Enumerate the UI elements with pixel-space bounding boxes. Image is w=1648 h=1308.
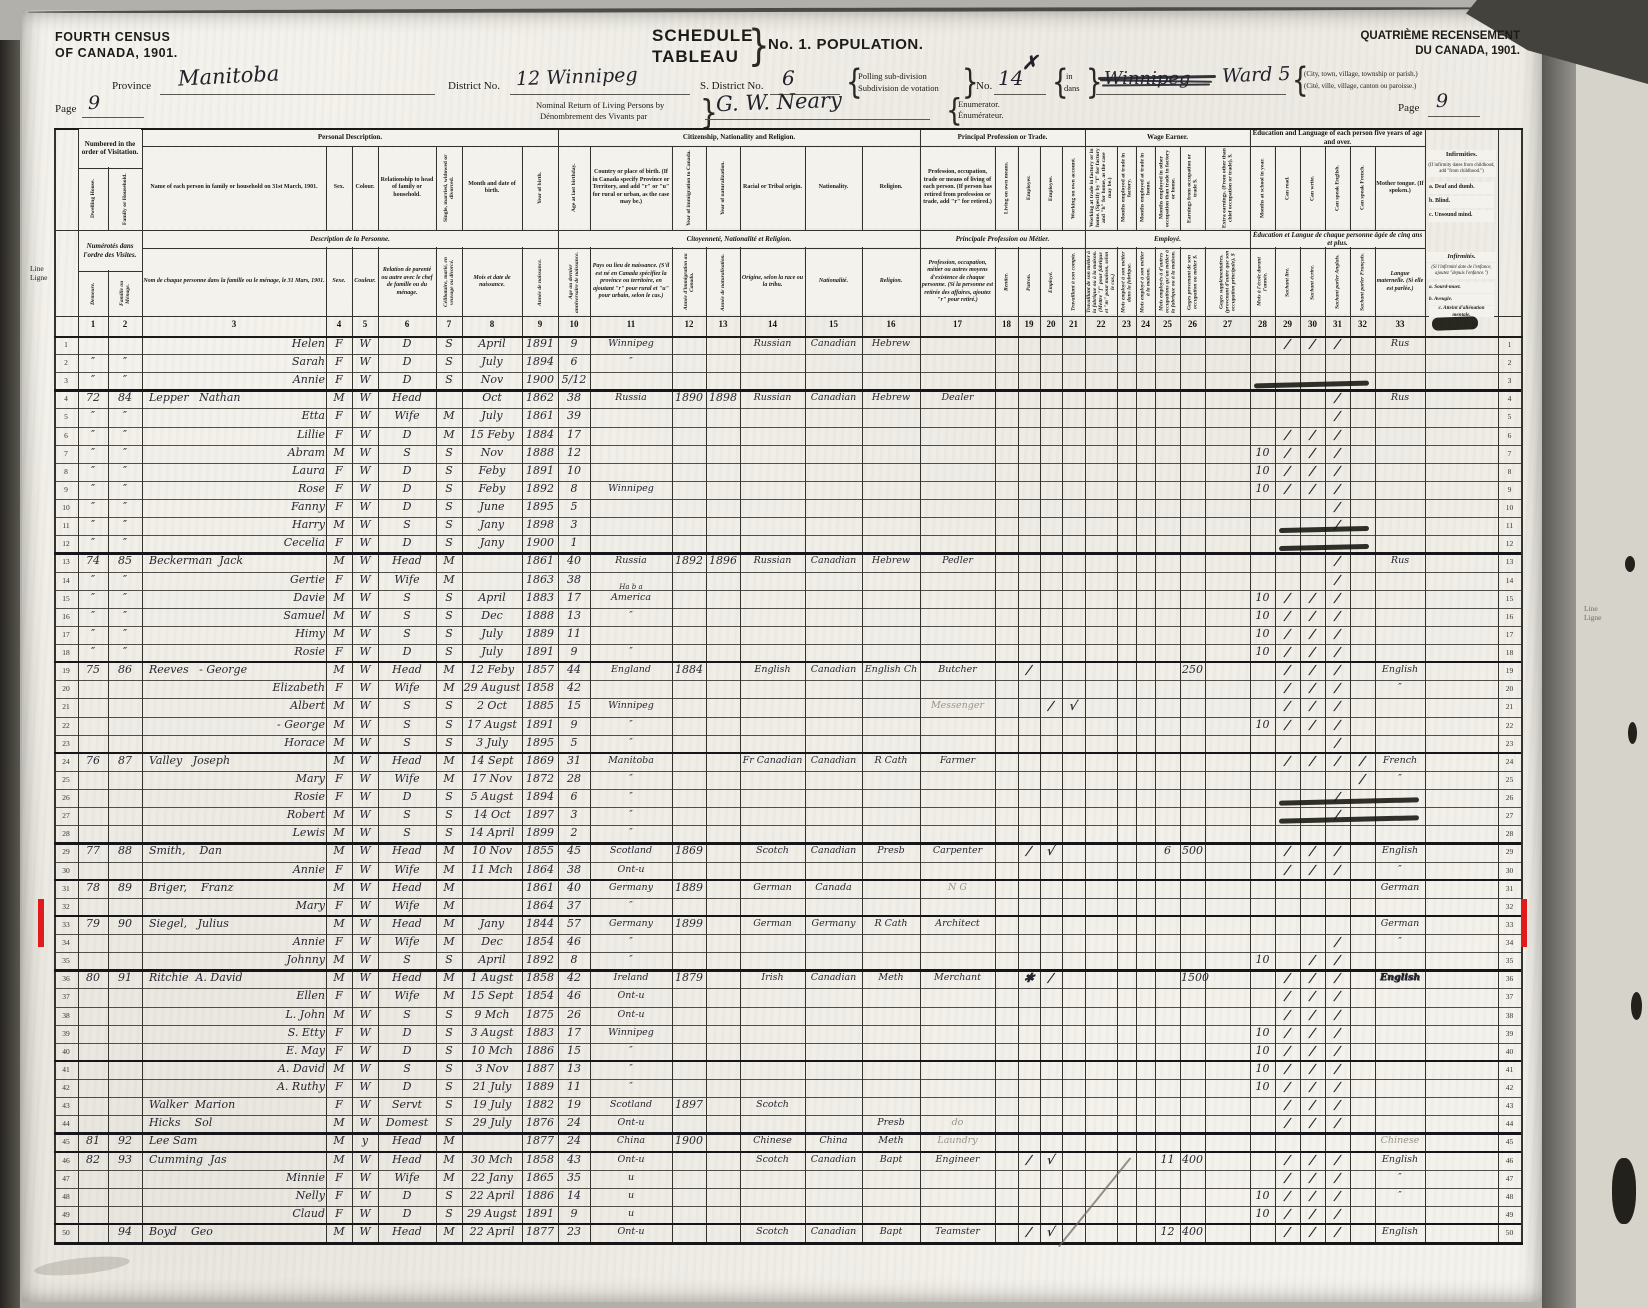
cell-r15-c1: ″ — [79, 589, 107, 607]
cell-r37-c11: Ont-u — [591, 987, 671, 1005]
cell-r48-c7: S — [437, 1187, 461, 1205]
col-header-15-fr: Nationalité. — [806, 250, 861, 314]
cell-r23-c8: 3 July — [463, 734, 521, 752]
group-wage-en: Wage Earner. — [1086, 130, 1249, 145]
group-wage-fr: Employé. — [1086, 231, 1249, 247]
cell-r37-c30: / — [1299, 987, 1326, 1005]
cell-r33-c1: 79 — [79, 915, 107, 933]
cell-r46-c5: W — [353, 1151, 377, 1169]
cell-r36-c4: M — [327, 969, 351, 987]
cell-r49-c28: 10 — [1251, 1205, 1274, 1223]
line-number-left: 3 — [54, 376, 78, 385]
group-numbered-en: Numbered in the order of Visitation. — [79, 129, 141, 167]
cell-r18-c6: D — [379, 643, 435, 661]
cell-r1-c10: 9 — [559, 335, 589, 353]
cell-r28-c3: Lewis — [143, 824, 339, 842]
cell-r33-c33: German — [1376, 915, 1424, 933]
cell-r17-c28: 10 — [1251, 625, 1274, 643]
line-number-right: 4 — [1498, 394, 1521, 403]
cell-r49-c4: F — [327, 1205, 351, 1223]
cell-r12-c9: 1900 — [523, 534, 557, 552]
cell-r26-c11: ″ — [591, 788, 671, 806]
cell-r2-c6: D — [379, 353, 435, 371]
col-header-31-fr: Sachant parler Anglais. — [1326, 250, 1349, 314]
cell-r49-c9: 1891 — [523, 1205, 557, 1223]
cell-r39-c28: 10 — [1251, 1024, 1274, 1042]
cell-r7-c1: ″ — [79, 444, 107, 462]
cell-r9-c11: Winnipeg — [591, 480, 671, 498]
cell-r30-c3: Annie — [143, 861, 339, 879]
cell-r45-c2: 92 — [109, 1132, 141, 1150]
cell-r16-c3: Samuel — [143, 607, 339, 625]
polling-label-en: Polling sub-division — [858, 72, 927, 81]
cell-r25-c33: ″ — [1376, 770, 1424, 788]
cell-r4-c31: / — [1324, 389, 1351, 407]
cell-r22-c5: W — [353, 716, 377, 734]
place-note-brace: { — [1292, 62, 1309, 101]
in-label-fr: dans — [1064, 84, 1080, 93]
cell-r9-c4: F — [327, 480, 351, 498]
col-header-22-en: Working at trade in factory or in home. … — [1086, 148, 1116, 228]
cell-r49-c3: Claud — [143, 1205, 339, 1223]
cell-r23-c4: M — [327, 734, 351, 752]
cell-r50-c6: Head — [379, 1223, 435, 1241]
cell-r19-c16: English Ch — [863, 661, 919, 679]
in-label-en: in — [1066, 72, 1073, 81]
cell-r41-c8: 3 Nov — [463, 1060, 521, 1078]
cell-r17-c5: W — [353, 625, 377, 643]
line-number-left: 44 — [54, 1119, 78, 1128]
cell-r41-c11: ″ — [591, 1060, 671, 1078]
cell-r42-c11: ″ — [591, 1078, 671, 1096]
line-number-left: 25 — [54, 775, 78, 784]
group-numbered-fr: Numérotés dans l'ordre des Visites. — [79, 231, 141, 270]
cell-r8-c7: S — [437, 462, 461, 480]
cell-r8-c30: / — [1299, 462, 1326, 480]
cell-r27-c11: ″ — [591, 806, 671, 824]
cell-r29-c17: Carpenter — [921, 842, 994, 860]
col-header-15-en: Nationality. — [806, 148, 861, 228]
cell-r48-c11: u — [591, 1187, 671, 1205]
line-number-right: 11 — [1498, 521, 1521, 530]
cell-r25-c32: / — [1349, 770, 1376, 788]
cell-r8-c6: D — [379, 462, 435, 480]
cell-r22-c11: ″ — [591, 716, 671, 734]
cell-r21-c8: 2 Oct — [463, 697, 521, 715]
line-number-right: 42 — [1498, 1083, 1521, 1092]
cell-r3-c4: F — [327, 371, 351, 389]
col-header-33-fr: Langue maternelle. (Si elle est parlée.) — [1376, 250, 1424, 314]
cell-r48-c3: Nelly — [143, 1187, 339, 1205]
line-number-left: 16 — [54, 612, 78, 621]
cell-r29-c5: W — [353, 842, 377, 860]
cell-r16-c10: 13 — [559, 607, 589, 625]
cell-r33-c14: German — [741, 915, 804, 933]
line-number-left: 34 — [54, 938, 78, 947]
cell-r17-c29: / — [1274, 625, 1301, 643]
cell-r49-c7: S — [437, 1205, 461, 1223]
col-header-12-fr: Année d'immigration au Canada. — [673, 250, 705, 314]
cell-r39-c7: S — [437, 1024, 461, 1042]
col-number-8: 8 — [462, 319, 522, 334]
cell-r29-c12: 1869 — [673, 842, 705, 860]
line-number-left: 20 — [54, 684, 78, 693]
cell-r15-c28: 10 — [1251, 589, 1274, 607]
cell-r16-c29: / — [1274, 607, 1301, 625]
cell-r26-c3: Rosie — [143, 788, 339, 806]
cell-r30-c6: Wife — [379, 861, 435, 879]
cell-r30-c33: ″ — [1376, 861, 1424, 879]
cell-r39-c30: / — [1299, 1024, 1326, 1042]
cell-r36-c16: Meth — [863, 969, 919, 987]
cell-r44-c4: M — [327, 1114, 351, 1132]
cell-r41-c6: S — [379, 1060, 435, 1078]
cell-r31-c11: Germany — [591, 879, 671, 897]
cell-r27-c7: S — [437, 806, 461, 824]
cell-r49-c11: u — [591, 1205, 671, 1223]
line-number-right: 25 — [1498, 775, 1521, 784]
line-number-left: 15 — [54, 594, 78, 603]
cell-r15-c31: / — [1324, 589, 1351, 607]
cell-r3-c8: Nov — [463, 371, 521, 389]
cell-r7-c31: / — [1324, 444, 1351, 462]
cell-r9-c8: Feby — [463, 480, 521, 498]
cell-r1-c15: Canadian — [806, 335, 861, 353]
cell-r50-c29: / — [1274, 1223, 1301, 1241]
line-number-right: 12 — [1498, 539, 1521, 548]
group-education-fr: Éducation et Langue de chaque personne â… — [1251, 231, 1424, 247]
line-number-left: 7 — [54, 449, 78, 458]
smudge-bottom-left — [33, 1253, 130, 1279]
cell-r26-c7: S — [437, 788, 461, 806]
cell-r1-c6: D — [379, 335, 435, 353]
cell-r36-c15: Canadian — [806, 969, 861, 987]
cell-r38-c4: M — [327, 1006, 351, 1024]
cell-r33-c4: M — [327, 915, 351, 933]
cell-r46-c15: Canadian — [806, 1151, 861, 1169]
cell-r26-c6: D — [379, 788, 435, 806]
line-number-right: 21 — [1498, 702, 1521, 711]
cell-r23-c6: S — [379, 734, 435, 752]
cell-r2-c5: W — [353, 353, 377, 371]
line-number-right: 32 — [1498, 902, 1521, 911]
col-header-6-fr: Relation de parenté ou autre avec le che… — [379, 250, 435, 314]
cell-r14-c1: ″ — [79, 571, 107, 589]
cell-r5-c6: Wife — [379, 407, 435, 425]
cell-r35-c5: W — [353, 951, 377, 969]
cell-r15-c6: S — [379, 589, 435, 607]
cell-r13-c7: M — [437, 552, 461, 570]
cell-r25-c7: M — [437, 770, 461, 788]
cell-r10-c10: 5 — [559, 498, 589, 516]
cell-r36-c26: 1500 — [1181, 969, 1204, 987]
cell-r38-c7: S — [437, 1006, 461, 1024]
line-number-left: 21 — [54, 702, 78, 711]
census-title-fr-line1: QUATRIÈME RECENSEMENT — [1310, 30, 1520, 42]
cell-r14-c5: W — [353, 571, 377, 589]
cell-r36-c6: Head — [379, 969, 435, 987]
col-header-2-fr: Famille ou Ménage. — [109, 273, 141, 314]
cell-r17-c1: ″ — [79, 625, 107, 643]
cell-r37-c4: F — [327, 987, 351, 1005]
cell-r3-c7: S — [437, 371, 461, 389]
cell-r10-c4: F — [327, 498, 351, 516]
cell-r8-c5: W — [353, 462, 377, 480]
col-number-30: 30 — [1300, 319, 1325, 334]
cell-r28-c4: M — [327, 824, 351, 842]
cell-r8-c4: F — [327, 462, 351, 480]
cell-r36-c31: / — [1324, 969, 1351, 987]
group-citizenship-fr: Citoyenneté, Nationalité et Religion. — [559, 231, 919, 247]
cell-r19-c26: 250 — [1181, 661, 1204, 679]
cell-r43-c29: / — [1274, 1096, 1301, 1114]
col-header-25-en: Months employed in other occupation than… — [1156, 148, 1179, 228]
line-number-right: 36 — [1498, 974, 1521, 983]
cell-r21-c29: / — [1274, 697, 1301, 715]
cell-r29-c33: English — [1376, 842, 1424, 860]
line-number-left: 28 — [54, 829, 78, 838]
cell-r8-c28: 10 — [1251, 462, 1274, 480]
numbers-row-top — [54, 316, 1521, 317]
cell-r49-c29: / — [1274, 1205, 1301, 1223]
cell-r5-c7: M — [437, 407, 461, 425]
cell-r38-c5: W — [353, 1006, 377, 1024]
cell-r33-c11: Germany — [591, 915, 671, 933]
infirmities-title-fr: Infirmités. — [1427, 252, 1496, 262]
census-title-fr-line2: DU CANADA, 1901. — [1310, 45, 1520, 57]
line-number-right: 40 — [1498, 1047, 1521, 1056]
col-header-3-fr: Nom de chaque personne dans la famille o… — [143, 250, 325, 314]
cell-r33-c9: 1844 — [523, 915, 557, 933]
cell-r28-c11: ″ — [591, 824, 671, 842]
cell-r40-c8: 10 Mch — [463, 1042, 521, 1060]
col-header-11-en: Country or place of birth. (If in Canada… — [591, 148, 671, 228]
cell-r26-c9: 1894 — [523, 788, 557, 806]
cell-r5-c5: W — [353, 407, 377, 425]
line-number-left: 37 — [54, 992, 78, 1001]
cell-r35-c10: 8 — [559, 951, 589, 969]
page-number-right: 9 — [1436, 90, 1448, 112]
col-number-19: 19 — [1018, 319, 1040, 334]
cell-r43-c30: / — [1299, 1096, 1326, 1114]
cell-r49-c30: / — [1299, 1205, 1326, 1223]
cell-r1-c31: / — [1324, 335, 1351, 353]
infirmities-item-en: c. Unsound mind. — [1429, 210, 1494, 222]
col-header-20-en: Employee. — [1041, 148, 1061, 228]
line-number-left: 10 — [54, 503, 78, 512]
line-number-left: 48 — [54, 1192, 78, 1201]
cell-r29-c25: 6 — [1156, 842, 1179, 860]
cell-r12-c7: S — [437, 534, 461, 552]
cell-r1-c16: Hebrew — [863, 335, 919, 353]
cell-r11-c3: Harry — [143, 516, 339, 534]
cell-r1-c33: Rus — [1376, 335, 1424, 353]
col-number-5: 5 — [352, 319, 378, 334]
cell-r48-c10: 14 — [559, 1187, 589, 1205]
cell-r37-c8: 15 Sept — [463, 987, 521, 1005]
line-number-right: 27 — [1498, 811, 1521, 820]
enumerator-label-en: Enumerator. — [958, 100, 1000, 109]
infirmities-item-en: b. Blind. — [1429, 196, 1494, 208]
cell-r42-c31: / — [1324, 1078, 1351, 1096]
cell-r41-c29: / — [1274, 1060, 1301, 1078]
cell-r18-c29: / — [1274, 643, 1301, 661]
cell-r1-c30: / — [1299, 335, 1326, 353]
col-number-25: 25 — [1155, 319, 1180, 334]
cell-r21-c10: 15 — [559, 697, 589, 715]
cell-r45-c33: Chinese — [1376, 1132, 1424, 1150]
cell-r23-c5: W — [353, 734, 377, 752]
cell-r2-c7: S — [437, 353, 461, 371]
cell-r37-c7: M — [437, 987, 461, 1005]
cell-r29-c15: Canadian — [806, 842, 861, 860]
cell-r30-c30: / — [1299, 861, 1326, 879]
col-number-32: 32 — [1350, 319, 1375, 334]
cell-r43-c6: Servt — [379, 1096, 435, 1114]
cell-r8-c1: ″ — [79, 462, 107, 480]
col-number-29: 29 — [1275, 319, 1300, 334]
cell-r1-c29: / — [1274, 335, 1301, 353]
cell-r41-c28: 10 — [1251, 1060, 1274, 1078]
cell-r25-c8: 17 Nov — [463, 770, 521, 788]
cell-r39-c10: 17 — [559, 1024, 589, 1042]
infirmities-note-en: (If infirmity dates from childhood, add … — [1427, 161, 1496, 177]
line-number-right: 37 — [1498, 992, 1521, 1001]
cell-r9-c10: 8 — [559, 480, 589, 498]
cell-r34-c5: W — [353, 933, 377, 951]
col-header-4-en: Sex. — [327, 148, 351, 228]
cell-r36-c19: ✱ — [1017, 969, 1041, 987]
line-number-left: 23 — [54, 739, 78, 748]
cell-r42-c4: F — [327, 1078, 351, 1096]
cell-r4-c15: Canadian — [806, 389, 861, 407]
cell-r48-c9: 1886 — [523, 1187, 557, 1205]
col-number-14: 14 — [740, 319, 805, 334]
grid-vline — [1521, 128, 1523, 1242]
col-number-10: 10 — [558, 319, 590, 334]
col-number-12: 12 — [672, 319, 706, 334]
cell-r46-c19: / — [1017, 1151, 1041, 1169]
cell-r17-c4: M — [327, 625, 351, 643]
cell-r50-c14: Scotch — [741, 1223, 804, 1241]
cell-r28-c10: 2 — [559, 824, 589, 842]
cell-r12-c3: Cecelia — [143, 534, 339, 552]
cell-r40-c30: / — [1299, 1042, 1326, 1060]
cell-r40-c9: 1886 — [523, 1042, 557, 1060]
line-number-right: 17 — [1498, 630, 1521, 639]
line-number-left: 36 — [54, 974, 78, 983]
cell-r2-c2: ″ — [109, 353, 141, 371]
cell-r36-c11: Ireland — [591, 969, 671, 987]
col-header-26-fr: Gages provenant de son occupation ou mét… — [1181, 250, 1204, 314]
line-number-left: 18 — [54, 648, 78, 657]
cell-r34-c4: F — [327, 933, 351, 951]
cell-r22-c28: 10 — [1251, 716, 1274, 734]
cell-r50-c3: Boyd Geo — [143, 1223, 331, 1241]
cell-r46-c17: Engineer — [921, 1151, 994, 1169]
cell-r46-c14: Scotch — [741, 1151, 804, 1169]
cell-r32-c7: M — [437, 897, 461, 915]
line-number-right: 20 — [1498, 684, 1521, 693]
cell-r24-c7: M — [437, 752, 461, 770]
cell-r24-c32: / — [1349, 752, 1376, 770]
cell-r43-c3: Walker Marion — [143, 1096, 331, 1114]
col-number-11: 11 — [590, 319, 672, 334]
cell-r6-c2: ″ — [109, 426, 141, 444]
cell-r16-c30: / — [1299, 607, 1326, 625]
cell-r18-c31: / — [1324, 643, 1351, 661]
cell-r13-c16: Hebrew — [863, 552, 919, 570]
cell-r10-c2: ″ — [109, 498, 141, 516]
schedule-brace: } — [748, 21, 770, 71]
col-header-28-en: Months at school in year. — [1251, 148, 1274, 228]
cell-r30-c10: 38 — [559, 861, 589, 879]
cell-r29-c26: 500 — [1181, 842, 1204, 860]
col-header-17-en: Profession, occupation, trade or means o… — [921, 148, 994, 228]
cell-r40-c11: ″ — [591, 1042, 671, 1060]
line-number-right: 39 — [1498, 1029, 1521, 1038]
line-number-right: 9 — [1498, 485, 1521, 494]
cell-r29-c20: √ — [1039, 842, 1063, 860]
cell-r44-c9: 1876 — [523, 1114, 557, 1132]
cell-r15-c7: S — [437, 589, 461, 607]
in-brace-close: } — [1086, 64, 1103, 103]
cell-r40-c31: / — [1324, 1042, 1351, 1060]
cell-r33-c2: 90 — [109, 915, 141, 933]
cell-r43-c9: 1882 — [523, 1096, 557, 1114]
cell-r44-c11: Ont-u — [591, 1114, 671, 1132]
cell-r16-c6: S — [379, 607, 435, 625]
line-number-right: 3 — [1498, 376, 1521, 385]
cell-r16-c5: W — [353, 607, 377, 625]
cell-r46-c2: 93 — [109, 1151, 141, 1169]
cell-r50-c17: Teamster — [921, 1223, 994, 1241]
cell-r41-c7: S — [437, 1060, 461, 1078]
cell-r6-c4: F — [327, 426, 351, 444]
cell-r48-c31: / — [1324, 1187, 1351, 1205]
cell-r32-c4: F — [327, 897, 351, 915]
cell-r1-c7: S — [437, 335, 461, 353]
cell-r50-c7: M — [437, 1223, 461, 1241]
cell-r2-c1: ″ — [79, 353, 107, 371]
line-number-left: 6 — [54, 431, 78, 440]
cell-r21-c21: √ — [1061, 697, 1086, 715]
cell-r30-c29: / — [1274, 861, 1301, 879]
col-header-13-en: Year of naturalization. — [707, 148, 739, 228]
cell-r35-c8: April — [463, 951, 521, 969]
schedule-fr: TABLEAU — [652, 47, 739, 67]
cell-r20-c4: F — [327, 679, 351, 697]
cell-r29-c8: 10 Nov — [463, 842, 521, 860]
cell-r36-c9: 1858 — [523, 969, 557, 987]
cell-r10-c1: ″ — [79, 498, 107, 516]
census-title-line2: OF CANADA, 1901. — [55, 46, 178, 60]
cell-r18-c28: 10 — [1251, 643, 1274, 661]
col-header-24-en: Months employed at trade in home. — [1137, 148, 1154, 228]
cell-r9-c31: / — [1324, 480, 1351, 498]
cell-r46-c16: Bapt — [863, 1151, 919, 1169]
cell-r12-c6: D — [379, 534, 435, 552]
col-header-10-en: Age at last birthday. — [559, 148, 589, 228]
cell-r21-c20: / — [1039, 697, 1063, 715]
cell-r24-c29: / — [1274, 752, 1301, 770]
cell-r46-c7: M — [437, 1151, 461, 1169]
red-highlight-right — [1521, 899, 1527, 947]
line-number-right: 24 — [1498, 757, 1521, 766]
cell-r29-c11: Scotland — [591, 842, 671, 860]
cell-r19-c30: / — [1299, 661, 1326, 679]
line-number-left: 11 — [54, 521, 78, 530]
